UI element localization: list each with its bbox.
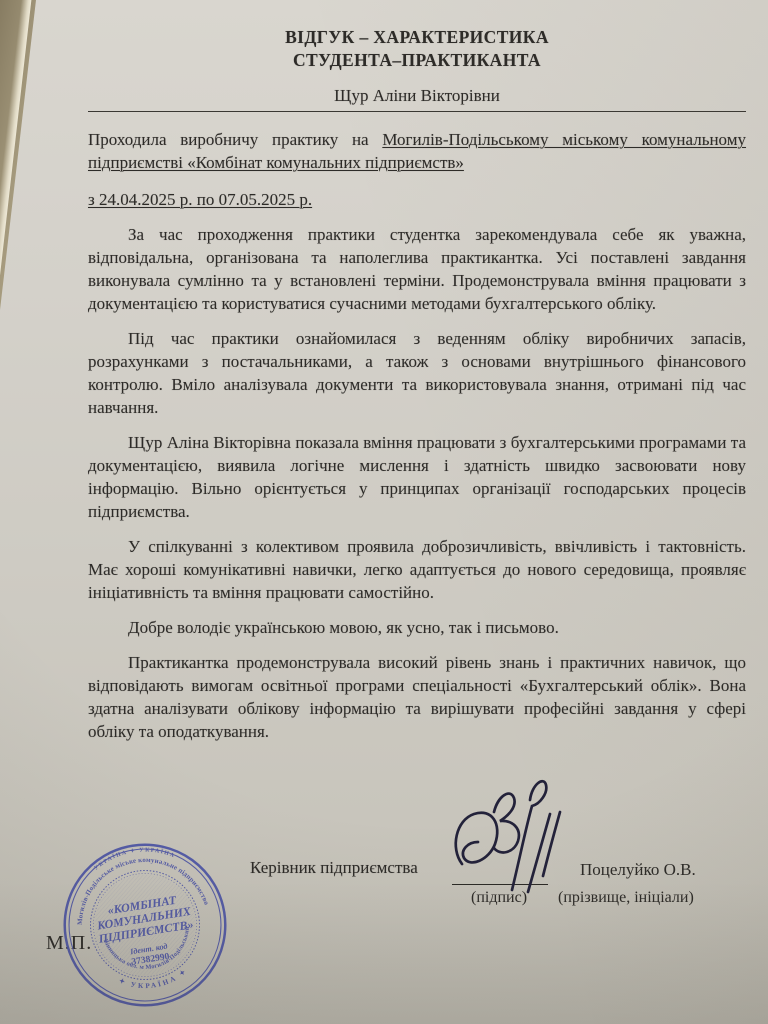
body-paragraph-5: Добре володіє українською мовою, як усно… [88,616,746,639]
body-paragraph-2: Під час практики ознайомилася з веденням… [88,327,746,419]
doc-title-line2: СТУДЕНТА–ПРАКТИКАНТА [88,49,746,72]
body-paragraph-4: У спілкуванні з колективом проявила добр… [88,535,746,604]
photo-scene: ВІДГУК – ХАРАКТЕРИСТИКА СТУДЕНТА–ПРАКТИК… [0,0,768,1024]
director-name: Поцелуйко О.В. [580,860,696,880]
document-content: ВІДГУК – ХАРАКТЕРИСТИКА СТУДЕНТА–ПРАКТИК… [88,26,746,743]
intro-paragraph: Проходила виробничу практику на Могилів-… [88,128,746,174]
student-name: Щур Аліни Вікторівни [334,86,500,105]
student-name-line: Щур Аліни Вікторівни [88,84,746,112]
practice-period: з 24.04.2025 р. по 07.05.2025 р. [88,190,312,209]
director-role-label: Керівник підприємства [250,858,418,878]
intro-prefix: Проходила виробничу практику на [88,130,382,149]
body-paragraph-3: Щур Аліна Вікторівна показала вміння пра… [88,431,746,523]
body-paragraph-1: За час проходження практики студентка за… [88,223,746,315]
handwritten-signature-ink [448,772,573,912]
director-name-caption: (прізвище, ініціали) [558,889,694,907]
doc-title-line1: ВІДГУК – ХАРАКТЕРИСТИКА [88,26,746,49]
body-paragraph-6: Практикантка продемонструвала високий рі… [88,651,746,743]
practice-period-line: з 24.04.2025 р. по 07.05.2025 р. [88,188,746,211]
company-stamp: УКРАЇНА ✦ УКРАЇНА Могилів-Подільське міс… [47,827,244,1024]
